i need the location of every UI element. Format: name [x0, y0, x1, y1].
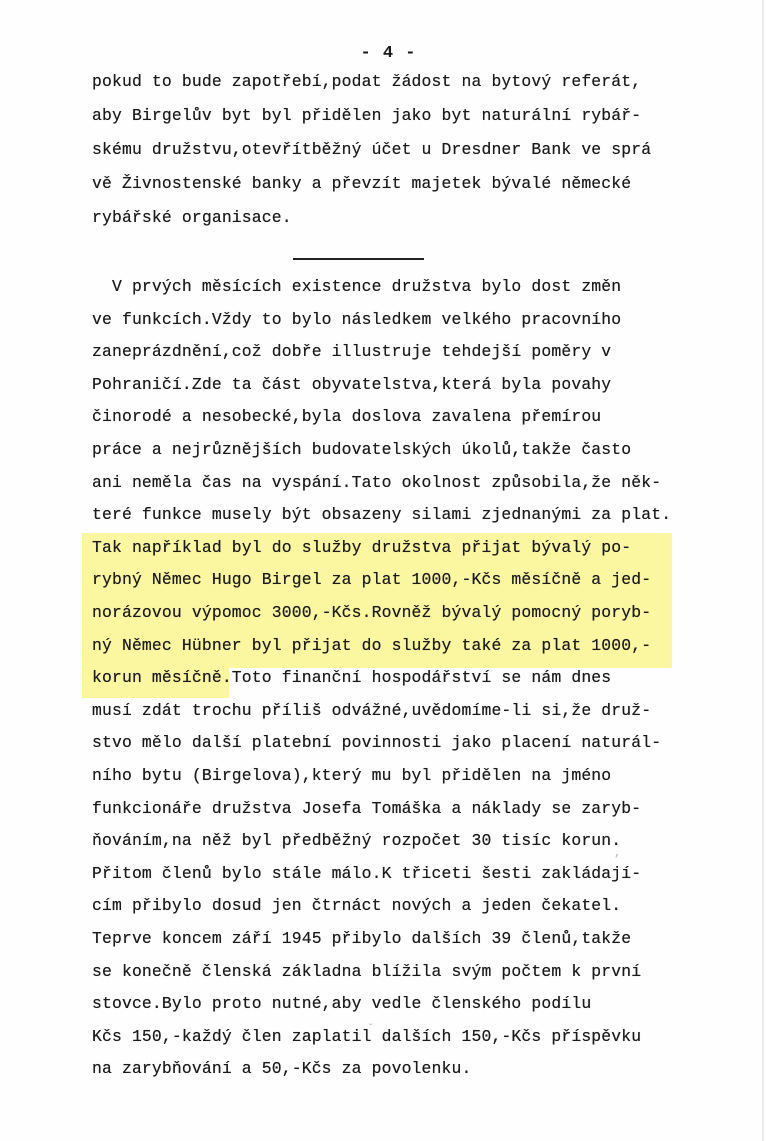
text-line: se konečně členská základna blížila svým…: [92, 961, 641, 983]
text-line: stvo mělo další platební povinnosti jako…: [92, 732, 661, 754]
text-line: rybářské organisace.: [92, 207, 292, 229]
text-line: stovce.Bylo proto nutné,aby vedle člensk…: [92, 993, 591, 1015]
scan-speck: ,: [614, 846, 621, 860]
text-line: ný Němec Hübner byl přijat do služby tak…: [92, 635, 651, 657]
text-line: činorodé a nesobecké,byla doslova zavale…: [92, 406, 601, 428]
text-line: ani neměla čas na vyspání.Tato okolnost …: [92, 472, 661, 494]
text-line: práce a nejrůznějších budovatelských úko…: [92, 439, 631, 461]
text-line: cím přibylo dosud jen čtrnáct nových a j…: [92, 895, 621, 917]
text-line: pokud to bude zapotřebí,podat žádost na …: [92, 71, 641, 93]
text-line: norázovou výpomoc 3000,-Kčs.Rovněž býval…: [92, 602, 651, 624]
text-line: aby Birgelův byt byl přidělen jako byt n…: [92, 105, 641, 127]
text-line: rybný Němec Hugo Birgel za plat 1000,-Kč…: [92, 569, 651, 591]
text-line: Pohraničí.Zde ta část obyvatelstva,která…: [92, 374, 611, 396]
text-line: ního bytu (Birgelova),který mu byl přidě…: [92, 765, 611, 787]
page-number: - 4 -: [0, 44, 767, 63]
text-line: zaneprázdnění,což dobře illustruje tehde…: [92, 341, 611, 363]
text-line: skému družstvu,otevřítběžný účet u Dresd…: [92, 139, 651, 161]
scan-edge: [762, 0, 764, 1141]
scan-speck: ˇ: [367, 1022, 374, 1036]
text-line: ve funkcích.Vždy to bylo následkem velké…: [92, 309, 621, 331]
text-line: ňováním,na něž byl předběžný rozpočet 30…: [92, 830, 621, 852]
text-line: Tak například byl do služby družstva při…: [92, 537, 631, 559]
text-line: teré funkce musely být obsazeny silami z…: [92, 504, 671, 526]
text-line: funkcionáře družstva Josefa Tomáška a ná…: [92, 798, 641, 820]
text-line: V prvých měsících existence družstva byl…: [92, 276, 621, 298]
text-line: korun měsíčně.Toto finanční hospodářství…: [92, 667, 611, 689]
text-line: Teprve koncem září 1945 přibylo dalších …: [92, 928, 631, 950]
document-page: - 4 - pokud to bude zapotřebí,podat žádo…: [0, 0, 767, 1141]
text-line: Přitom členů bylo stále málo.K třiceti š…: [92, 863, 641, 885]
section-separator: [293, 258, 424, 260]
text-line: vě Živnostenské banky a převzít majetek …: [92, 173, 631, 195]
text-line: musí zdát trochu příliš odvážné,uvědomím…: [92, 700, 651, 722]
text-line: na zarybňování a 50,-Kčs za povolenku.: [92, 1058, 471, 1080]
